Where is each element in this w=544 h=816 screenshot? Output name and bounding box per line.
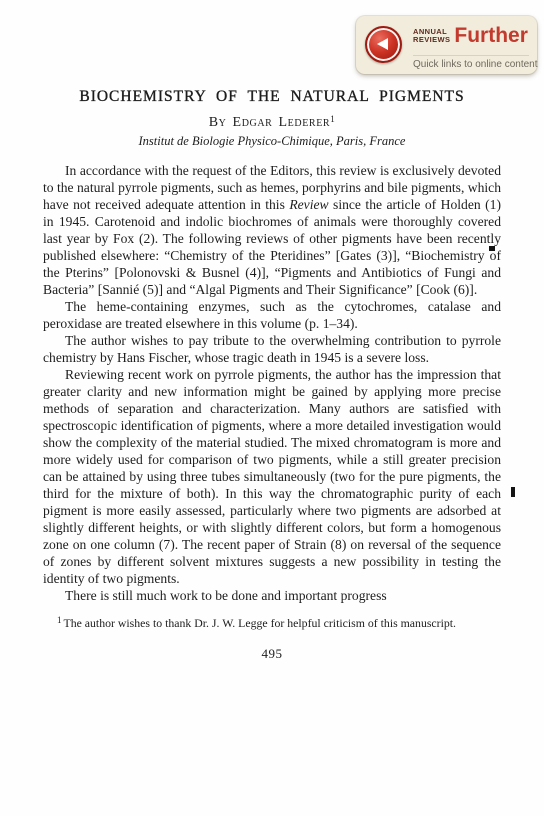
badge-text-block: ANNUAL REVIEWS Further — [413, 25, 531, 47]
scan-artifact-1 — [489, 246, 495, 251]
footnote-mark: 1 — [57, 615, 62, 625]
scan-artifact-2 — [511, 487, 515, 497]
author-footnote-reference: 1 — [330, 114, 335, 124]
paragraph-1-italic-review: Review — [289, 197, 328, 212]
badge-divider — [413, 55, 529, 56]
footnote-text: The author wishes to thank Dr. J. W. Leg… — [64, 616, 457, 630]
paragraph-1-text-after: since the article of Holden (1) in 1945.… — [43, 197, 501, 297]
byline: By Edgar Lederer1 — [43, 115, 501, 131]
page-number: 495 — [43, 646, 501, 662]
annual-reviews-logo-text: ANNUAL REVIEWS — [413, 28, 450, 44]
paragraph-3: The author wishes to pay tribute to the … — [43, 332, 501, 366]
byline-text: By Edgar Lederer — [209, 115, 331, 130]
annual-reviews-line2: REVIEWS — [413, 36, 450, 44]
paragraph-2: The heme-containing enzymes, such as the… — [43, 298, 501, 332]
article-content: BIOCHEMISTRY OF THE NATURAL PIGMENTS By … — [43, 88, 501, 662]
badge-tagline: Quick links to online content — [413, 59, 538, 70]
author-affiliation: Institut de Biologie Physico-Chimique, P… — [43, 134, 501, 149]
paragraph-5: There is still much work to be done and … — [43, 587, 501, 604]
article-title: BIOCHEMISTRY OF THE NATURAL PIGMENTS — [43, 88, 501, 106]
annual-reviews-further-badge[interactable]: ANNUAL REVIEWS Further Quick links to on… — [356, 16, 537, 74]
scanned-page: { "badge": { "brand_line1": "ANNUAL", "b… — [0, 0, 544, 816]
left-triangle-icon — [377, 38, 388, 50]
further-wordmark: Further — [454, 25, 528, 47]
footnote: 1The author wishes to thank Dr. J. W. Le… — [43, 616, 501, 631]
back-arrow-circle-icon — [365, 26, 402, 63]
paragraph-1: In accordance with the request of the Ed… — [43, 162, 501, 298]
paragraph-4: Reviewing recent work on pyrrole pigment… — [43, 366, 501, 587]
